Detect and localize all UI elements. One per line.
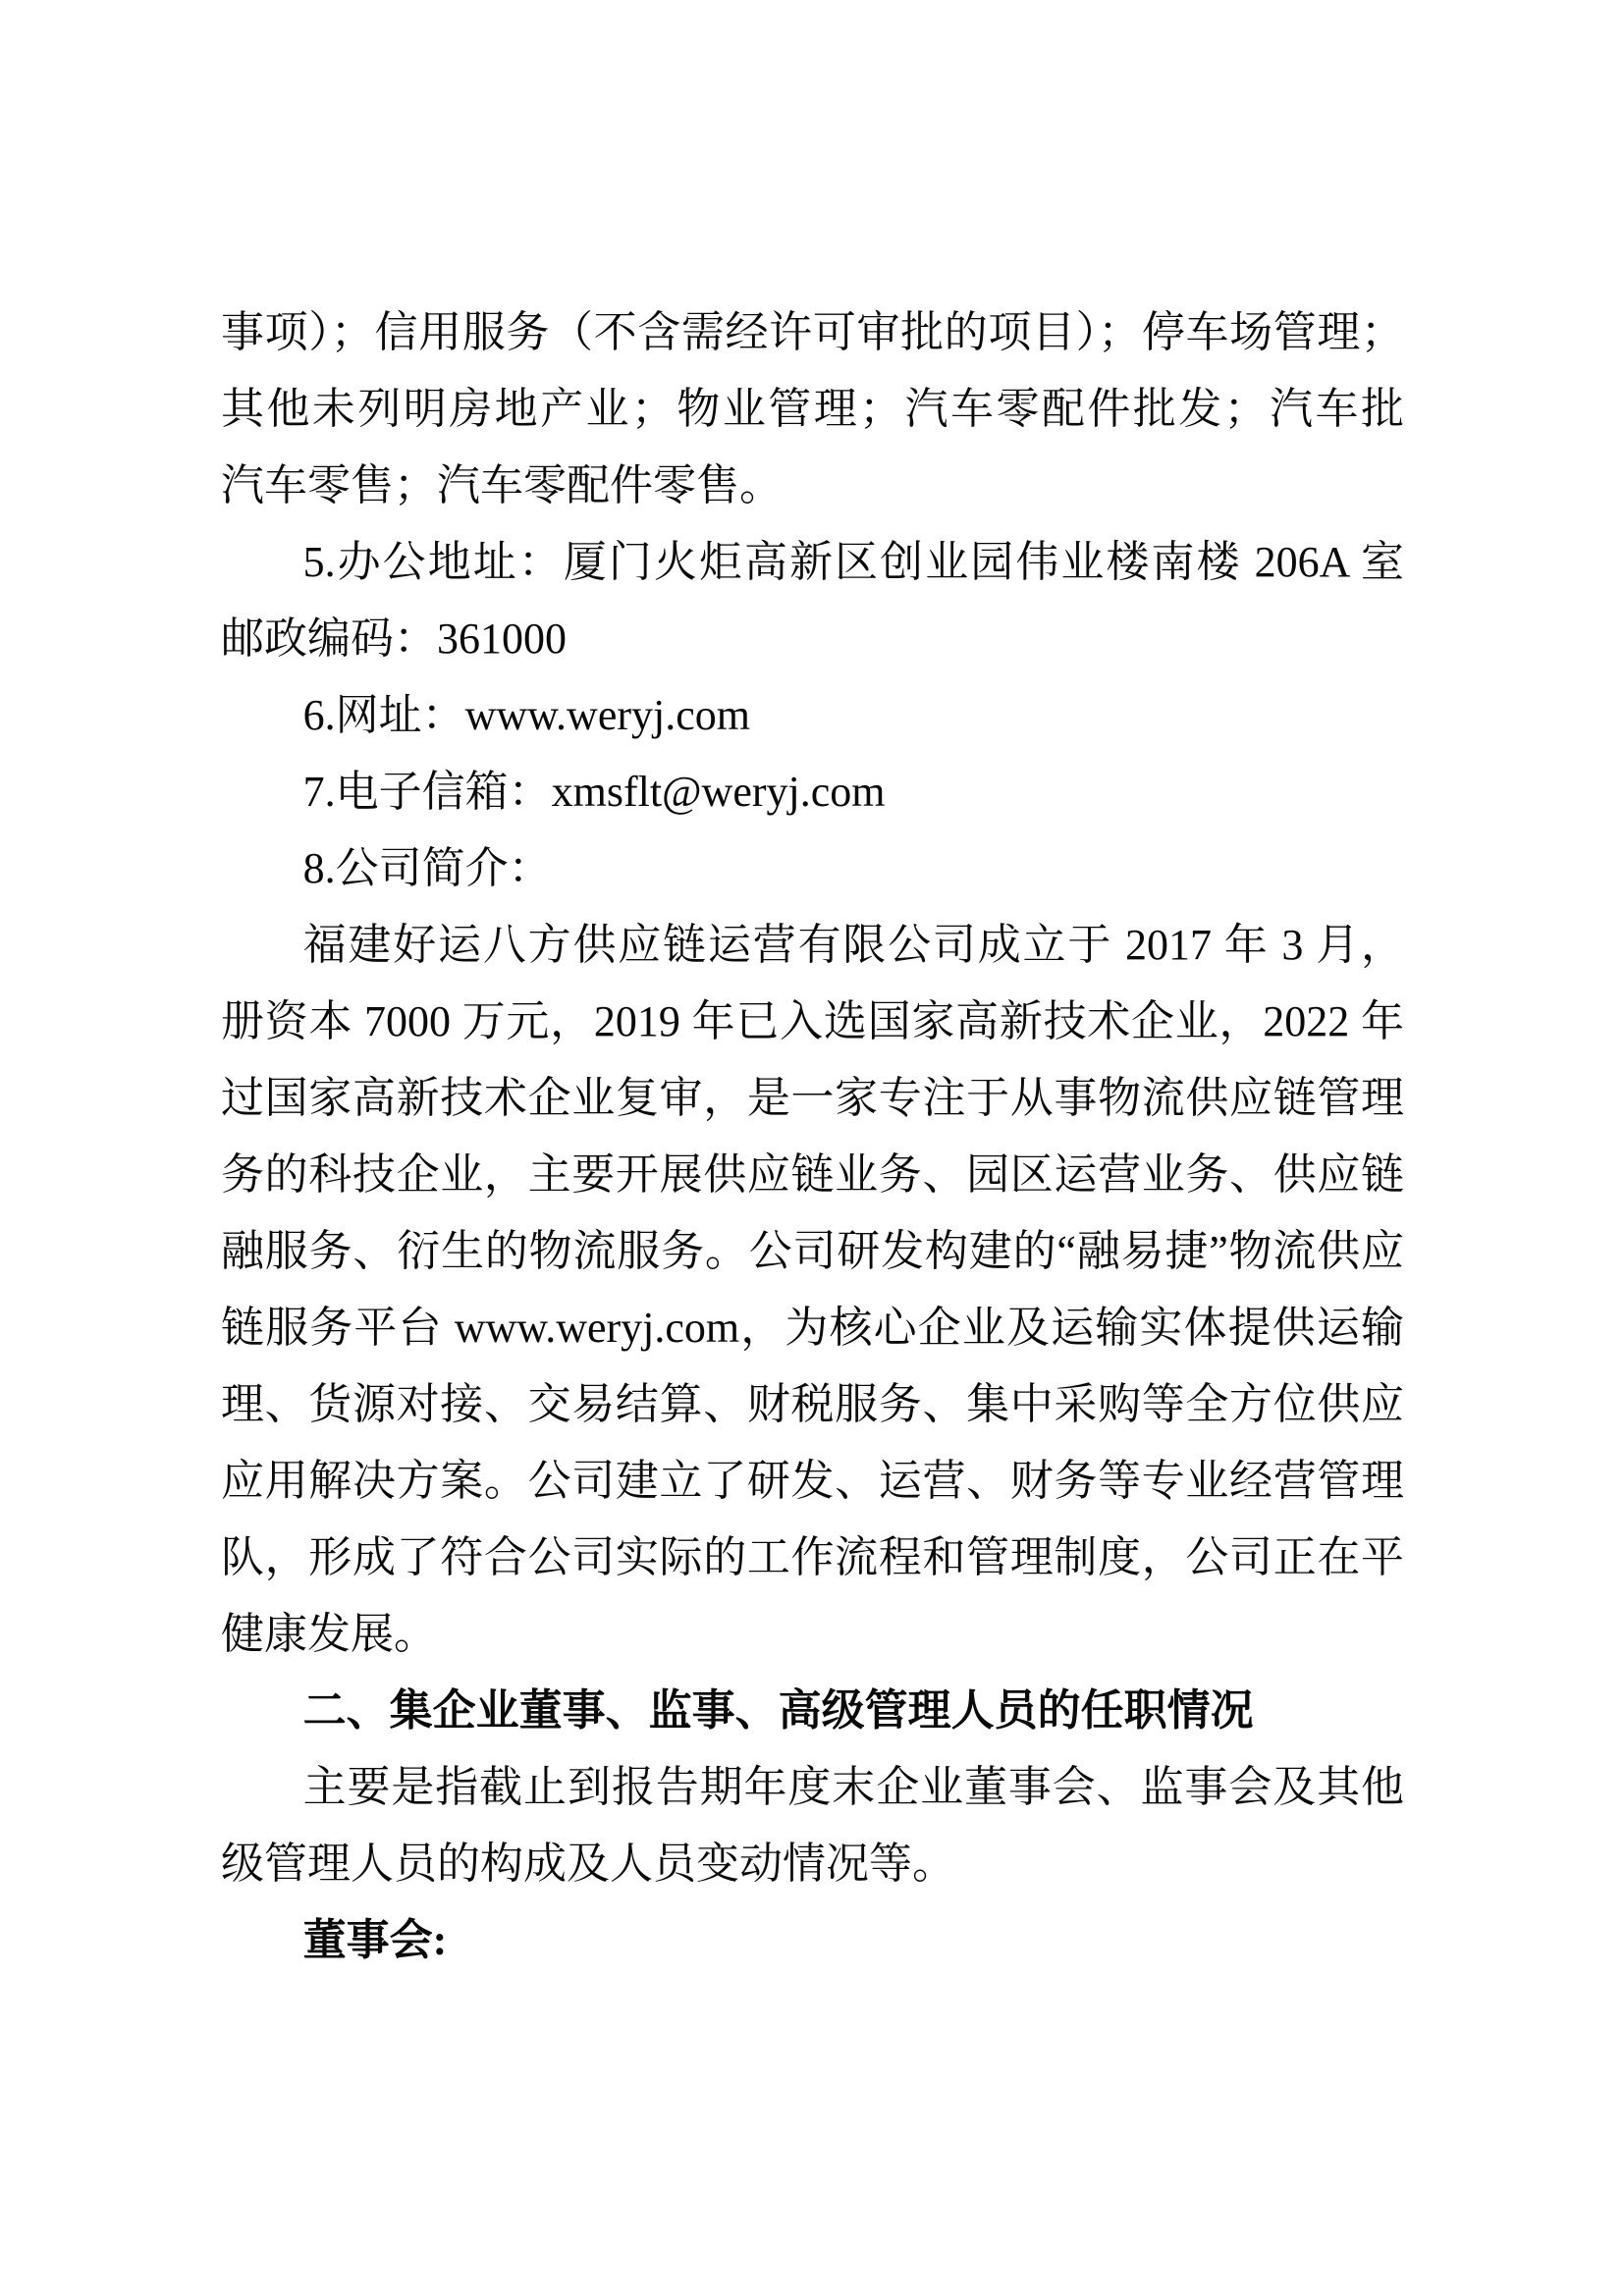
document-page: 事项）；信用服务（不含需经许可审批的项目）；停车场管理； 其他未列明房地产业；物…: [0, 0, 1624, 2296]
company-profile-line-7: 理、货源对接、交易结算、财税服务、集中采购等全方位供应链: [221, 1366, 1404, 1443]
business-scope-line-2: 其他未列明房地产业；物业管理；汽车零配件批发；汽车批发；: [221, 371, 1404, 448]
business-scope-line-3: 汽车零售；汽车零配件零售。: [221, 448, 1404, 524]
company-profile-line-2: 册资本 7000 万元，2019 年已入选国家高新技术企业，2022 年通: [221, 984, 1404, 1060]
office-address-line: 5.办公地址：厦门火炬高新区创业园伟业楼南楼 206A 室: [221, 524, 1404, 601]
postal-code-line: 邮政编码：361000: [221, 601, 1404, 677]
company-profile-line-9: 队，形成了符合公司实际的工作流程和管理制度，公司正在平稳: [221, 1520, 1404, 1596]
company-profile-line-10: 健康发展。: [221, 1596, 1404, 1673]
company-profile-line-3: 过国家高新技术企业复审，是一家专注于从事物流供应链管理服: [221, 1060, 1404, 1137]
board-of-directors-label: 董事会:: [221, 1902, 1404, 1979]
section-2-intro-line-1: 主要是指截止到报告期年度末企业董事会、监事会及其他高: [221, 1749, 1404, 1826]
section-2-intro-line-2: 级管理人员的构成及人员变动情况等。: [221, 1826, 1404, 1902]
company-profile-line-8: 应用解决方案。公司建立了研发、运营、财务等专业经营管理团: [221, 1443, 1404, 1520]
company-profile-line-6: 链服务平台 www.weryj.com，为核心企业及运输实体提供运输管: [221, 1290, 1404, 1366]
email-line: 7.电子信箱：xmsflt@weryj.com: [221, 754, 1404, 830]
document-text-block: 事项）；信用服务（不含需经许可审批的项目）；停车场管理； 其他未列明房地产业；物…: [221, 294, 1404, 1979]
business-scope-line-1: 事项）；信用服务（不含需经许可审批的项目）；停车场管理；: [221, 294, 1404, 371]
section-2-heading: 二、集企业董事、监事、高级管理人员的任职情况: [221, 1673, 1404, 1749]
company-profile-line-5: 融服务、衍生的物流服务。公司研发构建的“融易捷”物流供应: [221, 1213, 1404, 1290]
company-profile-line-4: 务的科技企业，主要开展供应链业务、园区运营业务、供应链金: [221, 1137, 1404, 1213]
company-profile-heading: 8.公司简介：: [221, 830, 1404, 907]
website-line: 6.网址：www.weryj.com: [221, 677, 1404, 754]
company-profile-line-1: 福建好运八方供应链运营有限公司成立于 2017 年 3 月，注: [221, 907, 1404, 984]
